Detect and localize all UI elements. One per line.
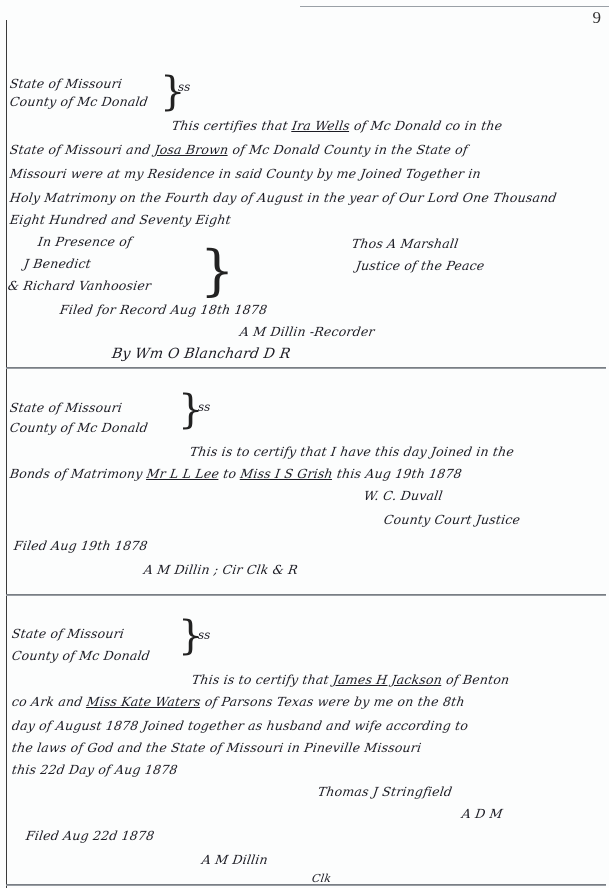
officiant-title: A D M [461, 806, 504, 821]
text: Bonds of Matrimony [9, 466, 144, 481]
witness-2: & Richard Vanhoosier [7, 278, 152, 293]
officiant-title: County Court Justice [383, 512, 521, 527]
text: This is to certify that [191, 672, 330, 687]
recorder: A M Dillin [201, 852, 269, 867]
certification-line-5: Eight Hundred and Seventy Eight [9, 212, 232, 227]
venue-county: County of Mc Donald [9, 94, 149, 109]
ledger-page: 9 State of Missouri County of Mc Donald … [0, 0, 609, 888]
text: This certifies that [171, 118, 289, 133]
top-rule [300, 6, 609, 7]
text: of Mc Donald County in the State of [232, 142, 469, 157]
certification-line-1: This certifies that Ira Wells of Mc Dona… [171, 118, 504, 133]
text: this Aug 19th 1878 [336, 466, 463, 481]
filed-date: Filed Aug 19th 1878 [13, 538, 149, 553]
recorder: A M Dillin -Recorder [239, 324, 376, 339]
groom-name: Ira Wells [291, 118, 351, 133]
text: of Mc Donald co in the [353, 118, 503, 133]
record-divider [6, 884, 606, 886]
officiant-name: Thos A Marshall [351, 236, 460, 251]
venue-state: State of Missouri [11, 626, 125, 641]
filed-date: Filed Aug 22d 1878 [25, 828, 155, 843]
officiant-title: Justice of the Peace [355, 258, 486, 273]
groom-name: Mr L L Lee [146, 466, 221, 481]
venue-county: County of Mc Donald [11, 648, 151, 663]
filed-date: Filed for Record Aug 18th 1878 [59, 302, 268, 317]
text: State of Missouri and [9, 142, 152, 157]
witness-1: J Benedict [23, 256, 92, 271]
ss-mark: ss [178, 80, 190, 94]
left-margin-line [6, 20, 7, 888]
witness-label: In Presence of [37, 234, 133, 249]
certification-line-3: day of August 1878 Joined together as hu… [11, 718, 469, 733]
ss-mark: ss [198, 628, 210, 642]
deputy-recorder: By Wm O Blanchard D R [111, 346, 292, 362]
venue-county: County of Mc Donald [9, 420, 149, 435]
certification-line-5: this 22d Day of Aug 1878 [11, 762, 179, 777]
certification-line-1: This is to certify that I have this day … [189, 444, 515, 459]
certification-line-3: Missouri were at my Residence in said Co… [9, 166, 482, 181]
certification-line-1: This is to certify that James H Jackson … [191, 672, 511, 687]
page-number: 9 [593, 8, 602, 28]
bride-name: Miss Kate Waters [86, 694, 202, 709]
ss-mark: ss [198, 400, 210, 414]
venue-state: State of Missouri [9, 400, 123, 415]
bride-name: Josa Brown [154, 142, 230, 157]
text: of Parsons Texas were by me on the 8th [204, 694, 466, 709]
brace-icon: } [200, 244, 234, 298]
certification-line-4: the laws of God and the State of Missour… [11, 740, 422, 755]
text: of Benton [445, 672, 510, 687]
record-divider [6, 594, 606, 596]
recorder: A M Dillin ; Cir Clk & R [143, 562, 299, 577]
certification-line-2: co Ark and Miss Kate Waters of Parsons T… [11, 694, 466, 709]
venue-state: State of Missouri [9, 76, 123, 91]
officiant-name: W. C. Duvall [363, 488, 444, 503]
certification-line-4: Holy Matrimony on the Fourth day of Augu… [9, 190, 558, 205]
certification-line-2: Bonds of Matrimony Mr L L Lee to Miss I … [9, 466, 463, 481]
groom-name: James H Jackson [332, 672, 443, 687]
record-divider [6, 367, 606, 369]
text: to [222, 466, 237, 481]
officiant-name: Thomas J Stringfield [317, 784, 453, 799]
text: co Ark and [11, 694, 84, 709]
bride-name: Miss I S Grish [239, 466, 333, 481]
certification-line-2: State of Missouri and Josa Brown of Mc D… [9, 142, 469, 157]
